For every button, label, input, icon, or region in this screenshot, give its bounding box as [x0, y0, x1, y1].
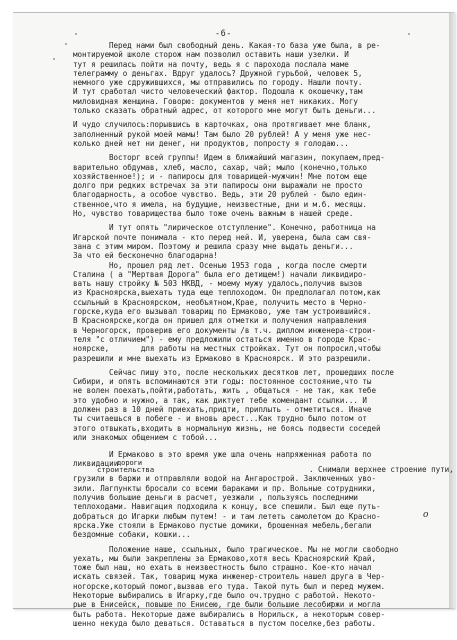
paragraph-3: Восторг всей группы! Идем в ближайший ма…: [73, 153, 445, 218]
text-line: Положение наше, ссыльных, было трагическ…: [73, 545, 445, 554]
text-line: тут я решилась пойти на почту, ведь я с …: [73, 60, 445, 69]
text-line: теплоходами. Навигация подходила к концу…: [73, 502, 445, 511]
text-line: шенно некуда было деваться. Оставаться в…: [73, 619, 445, 628]
handwritten-correction-mark: а: [329, 600, 333, 608]
text-line: зили. Лагпункты бросали со всеми баракам…: [73, 484, 445, 493]
paragraph-4: И тут опять "лирическое отступление". Ко…: [73, 223, 445, 260]
text-line: заполненный рукой моей мамы! Там было 20…: [73, 130, 445, 139]
text-line: долго при редких встречах за эти папирос…: [73, 181, 445, 190]
text-line: Но, прошел ряд лет. Осенью 1953 года , к…: [73, 261, 445, 270]
paper-speck: [408, 33, 410, 35]
text-fragment: . Снимали верхнее строение пути,: [309, 465, 454, 474]
text-line: В Красноярске,когда он пришел для отметк…: [73, 316, 445, 325]
text-line: бездомные собаки, кошки...: [73, 530, 445, 539]
text-line: хозяйственное!); и - папиросы для товари…: [73, 172, 445, 181]
text-line: этого отвыкать,входить в нормальную жизн…: [73, 424, 445, 433]
paragraph-5: Но, прошел ряд лет. Осенью 1953 года , к…: [73, 261, 445, 363]
text-line: искать связей. Так, товарищ мужа инженер…: [73, 572, 445, 581]
text-line: в Черногорск, проверив его документы /в …: [73, 326, 445, 335]
text-line: ярска.Уже стояли в Ермаково пустые домик…: [73, 521, 445, 530]
text-line: получив большие деньги в расчет, уезжали…: [73, 493, 445, 502]
text-line: не волен поехать,пойти,работать, жить , …: [73, 386, 445, 395]
text-line: разрешили и мне выехать из Ермаково в Кр…: [73, 354, 445, 363]
text-line: быть работа. Некоторые даже выбирались в…: [73, 610, 445, 619]
text-line: Сибири, и опять вспоминаются эти годы: п…: [73, 377, 445, 386]
text-line: из Красноярска,выехать туда еще теплоход…: [73, 288, 445, 297]
text-line: это удобно и нужно, а так, как диктует т…: [73, 396, 445, 405]
text-line: только сказать обратный адрес, от которо…: [73, 106, 445, 115]
text-line: должен раз в 10 дней приехать,придти, пр…: [73, 405, 445, 414]
paragraph-1: Перед нами был свободный день. Какая-то …: [73, 41, 445, 115]
paper-speck: [75, 33, 77, 35]
paper-speck: [65, 43, 67, 45]
text-line: горске,куда его вызывал товарищ по Ермак…: [73, 307, 445, 316]
paragraph-2: И чудо случилось:порывшись в карточках, …: [73, 120, 445, 148]
paragraph-6: Сейчас пишу это, после нескольких десятк…: [73, 368, 445, 442]
paragraph-7: И Ермаково в это время уже шла очень нап…: [73, 450, 445, 539]
text-line: вать нашу стройку № 503 НКВД, - моему му…: [73, 279, 445, 288]
text-line-with-insertion: ликвидации дороги строительства . Снимал…: [73, 459, 445, 474]
text-line: ссыльный в Красноярском, необъятном,Крае…: [73, 298, 445, 307]
text-line: монтируемой школе сторож нам позволил ос…: [73, 50, 445, 59]
text-line: рые в Енисейск, повыше по Енисею, где бы…: [73, 600, 445, 609]
text-line: миловидная женщина. Говорю: документов у…: [73, 97, 445, 106]
text-line: грузили в баржи и отправляли водой на Ан…: [73, 474, 445, 483]
text-line: За что ей бесконечно благодарна!: [73, 251, 445, 260]
paper-speck: [53, 58, 55, 60]
text-line: добраться до Игарки любым путем! - и там…: [73, 512, 445, 521]
text-line: варительно обдумав, хлеб, масло, сахар, …: [73, 163, 445, 172]
typewritten-page: -6- Перед нами был свободный день. Какая…: [13, 12, 455, 609]
text-line: Перед нами был свободный день. Какая-то …: [73, 41, 445, 50]
typed-insertion-below: строительства: [97, 465, 154, 474]
text-line: И тут опять "лирическое отступление". Ко…: [73, 223, 445, 232]
text-line: ногорске,который помог,вызвав его туда. …: [73, 582, 445, 591]
text-line: И тут сработал чисто человеческий фактор…: [73, 87, 445, 96]
text-line: зана с этим миром. Поэтому и решила сраз…: [73, 242, 445, 251]
page-edge-shadow: [449, 13, 455, 608]
text-line: ноярске, для работы на местных стройках.…: [73, 344, 445, 353]
page-number: -6-: [215, 29, 232, 39]
text-line: тоже был наш, но ехать в неизвестность б…: [73, 563, 445, 572]
text-line: теля "с отличием") - ему предложили оста…: [73, 335, 445, 344]
text-line: И чудо случилось:порывшись в карточках, …: [73, 120, 445, 129]
text-line: колько дней нет ни денег, ни продуктов, …: [73, 139, 445, 148]
text-line: Игарской почте понимала - кто перед ней.…: [73, 233, 445, 242]
text-line: телеграмму о деньгах. Вдруг удалось? Дру…: [73, 69, 445, 78]
document-body: Перед нами был свободный день. Какая-то …: [73, 41, 445, 633]
text-line: Но, чувство товарищества было тоже очень…: [73, 209, 445, 218]
text-line: или знакомых общением с тобой...: [73, 433, 445, 442]
text-line: немного уже сдружившихся, мы отправились…: [73, 78, 445, 87]
text-line: уехать, мы были закреплены за Ермаково,х…: [73, 554, 445, 563]
text-line: Восторг всей группы! Идем в ближайший ма…: [73, 153, 445, 162]
text-line: Некоторые выбирались в Игарку,где было о…: [73, 591, 445, 600]
handwritten-correction-mark: о: [423, 510, 428, 520]
text-line: И Ермаково в это время уже шла очень нап…: [73, 450, 445, 459]
text-line: ственное,что я имела, на будущие, неизве…: [73, 200, 445, 209]
text-line: Сейчас пишу это, после нескольких десятк…: [73, 368, 445, 377]
text-line: благодарность, а особое чувство. Ведь, э…: [73, 190, 445, 199]
text-line: ты считаешься в побеге - и вновь арест..…: [73, 414, 445, 423]
text-line: Сталина ( а "Мертвая Дорога" была его де…: [73, 270, 445, 279]
paragraph-8: Положение наше, ссыльных, было трагическ…: [73, 545, 445, 629]
